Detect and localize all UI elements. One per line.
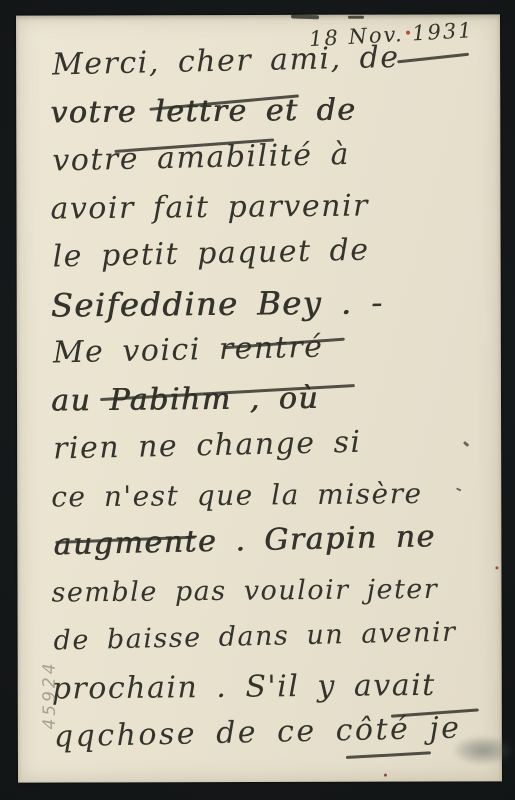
red-speck xyxy=(406,31,410,35)
red-speck xyxy=(384,774,387,777)
red-speck xyxy=(495,566,498,569)
scan-background: 18 Nov. 1931 Merci, cher ami, de votre l… xyxy=(0,0,515,800)
ink-smudge xyxy=(451,735,515,765)
scan-mark xyxy=(348,16,364,19)
handwriting-line: le petit paquet de xyxy=(52,224,497,282)
letter-page: 18 Nov. 1931 Merci, cher ami, de votre l… xyxy=(16,14,502,782)
handwriting-line: Me voici rentré xyxy=(52,320,497,378)
letter-body: Merci, cher ami, de votre lettre et de v… xyxy=(50,40,496,761)
pencil-catalog-number: 45924 xyxy=(40,660,60,729)
scan-mark xyxy=(291,14,319,19)
handwriting-line: Merci, cher ami, de xyxy=(52,32,497,90)
handwriting-line: votre amabilité à xyxy=(52,128,497,186)
handwriting-line: rien ne change si xyxy=(53,416,498,474)
handwriting-line: de baisse dans un avenir xyxy=(53,608,498,666)
